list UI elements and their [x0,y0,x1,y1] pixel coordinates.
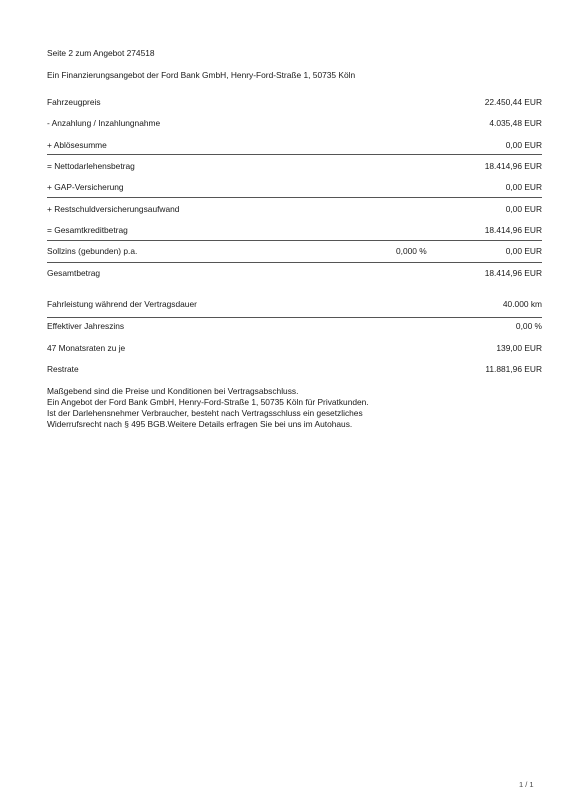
row-label: = Gesamtkreditbetrag [47,225,128,235]
page-title: Seite 2 zum Angebot 274518 [47,48,155,58]
divider [47,317,542,318]
footer-line: Ist der Darlehensnehmer Verbraucher, bes… [47,408,369,419]
row-value: 0,00 EUR [506,204,542,214]
row-label: Gesamtbetrag [47,268,100,278]
row-value: 139,00 EUR [496,343,542,353]
row-label: - Anzahlung / Inzahlungnahme [47,118,160,128]
row-restrate: Restrate 11.881,96 EUR [47,364,542,378]
footer-line: Ein Angebot der Ford Bank GmbH, Henry-Fo… [47,397,369,408]
row-fahrzeugpreis: Fahrzeugpreis 22.450,44 EUR [47,97,542,111]
row-value: 40.000 km [503,299,542,309]
row-value: 0,00 % [516,321,542,331]
row-value: 4.035,48 EUR [489,118,542,128]
row-effektiver-jahreszins: Effektiver Jahreszins 0,00 % [47,321,542,335]
row-label: Fahrzeugpreis [47,97,101,107]
divider [47,240,542,241]
divider [47,154,542,155]
footer-notes: Maßgebend sind die Preise und Konditione… [47,386,369,430]
row-nettodarlehensbetrag: = Nettodarlehensbetrag 18.414,96 EUR [47,161,542,175]
row-label: + Restschuldversicherungsaufwand [47,204,179,214]
row-gesamtbetrag: Gesamtbetrag 18.414,96 EUR [47,268,542,282]
footer-line: Maßgebend sind die Preise und Konditione… [47,386,369,397]
footer-line: Widerrufsrecht nach § 495 BGB.Weitere De… [47,419,369,430]
row-sollzins: Sollzins (gebunden) p.a. 0,000 % 0,00 EU… [47,246,542,260]
row-value: 22.450,44 EUR [485,97,542,107]
row-abloesesumme: + Ablösesumme 0,00 EUR [47,140,542,154]
page-number: 1 / 1 [519,780,534,789]
offer-subtitle: Ein Finanzierungsangebot der Ford Bank G… [47,70,355,80]
row-label: = Nettodarlehensbetrag [47,161,135,171]
row-gesamtkreditbetrag: = Gesamtkreditbetrag 18.414,96 EUR [47,225,542,239]
row-gap-versicherung: + GAP-Versicherung 0,00 EUR [47,182,542,196]
divider [47,197,542,198]
row-value: 0,00 EUR [506,140,542,150]
row-label: Restrate [47,364,79,374]
row-label: Effektiver Jahreszins [47,321,124,331]
row-value: 18.414,96 EUR [485,225,542,235]
divider [47,262,542,263]
row-value: 0,00 EUR [506,182,542,192]
row-rate: 0,000 % [396,246,427,256]
row-label: + Ablösesumme [47,140,107,150]
row-label: Fahrleistung während der Vertragsdauer [47,299,197,309]
row-label: Sollzins (gebunden) p.a. [47,246,137,256]
row-value: 18.414,96 EUR [485,268,542,278]
row-label: + GAP-Versicherung [47,182,124,192]
row-value: 11.881,96 EUR [485,364,542,374]
row-value: 18.414,96 EUR [485,161,542,171]
row-restschuldversicherung: + Restschuldversicherungsaufwand 0,00 EU… [47,204,542,218]
row-fahrleistung: Fahrleistung während der Vertragsdauer 4… [47,299,542,313]
row-monatsraten: 47 Monatsraten zu je 139,00 EUR [47,343,542,357]
row-value: 0,00 EUR [506,246,542,256]
row-anzahlung: - Anzahlung / Inzahlungnahme 4.035,48 EU… [47,118,542,132]
row-label: 47 Monatsraten zu je [47,343,125,353]
